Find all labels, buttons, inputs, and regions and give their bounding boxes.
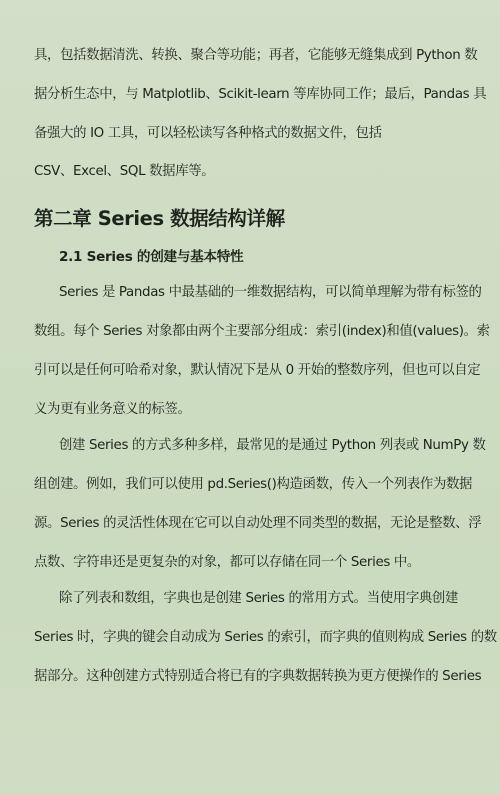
section-title: 2.1 Series 的创建与基本特性 [59,247,243,267]
text-line: 组创建。例如，我们可以使用 pd.Series()构造函数，传入一个列表作为数据 [34,475,472,495]
text-line: CSV、Excel、SQL 数据库等。 [34,162,214,182]
text-line: 据部分。这种创建方式特别适合将已有的字典数据转换为更方便操作的 Series [34,667,481,687]
text-line: 点数、字符串还是更复杂的对象，都可以存储在同一个 Series 中。 [34,553,420,573]
chapter-title: 第二章 Series 数据结构详解 [34,206,285,232]
text-line: Series 是 Pandas 中最基础的一维数据结构，可以简单理解为带有标签的 [59,283,482,303]
text-line: 据分析生态中，与 Matplotlib、Scikit-learn 等库协同工作；… [34,85,486,105]
text-line: 数组。每个 Series 对象都由两个主要部分组成：索引(index)和值(va… [34,322,490,342]
text-line: 引可以是任何可哈希对象，默认情况下是从 0 开始的整数序列，但也可以自定 [34,361,480,381]
text-line: 源。Series 的灵活性体现在它可以自动处理不同类型的数据，无论是整数、浮 [34,514,481,534]
text-line: Series 时，字典的键会自动成为 Series 的索引，而字典的值则构成 S… [34,628,497,648]
text-line: 具，包括数据清洗、转换、聚合等功能；再者，它能够无缝集成到 Python 数 [34,46,477,66]
text-line: 义为更有业务意义的标签。 [34,400,191,420]
text-line: 除了列表和数组，字典也是创建 Series 的常用方式。当使用字典创建 [59,589,458,609]
text-line: 创建 Series 的方式多种多样，最常见的是通过 Python 列表或 Num… [59,436,485,456]
text-line: 备强大的 IO 工具，可以轻松读写各种格式的数据文件，包括 [34,124,382,144]
